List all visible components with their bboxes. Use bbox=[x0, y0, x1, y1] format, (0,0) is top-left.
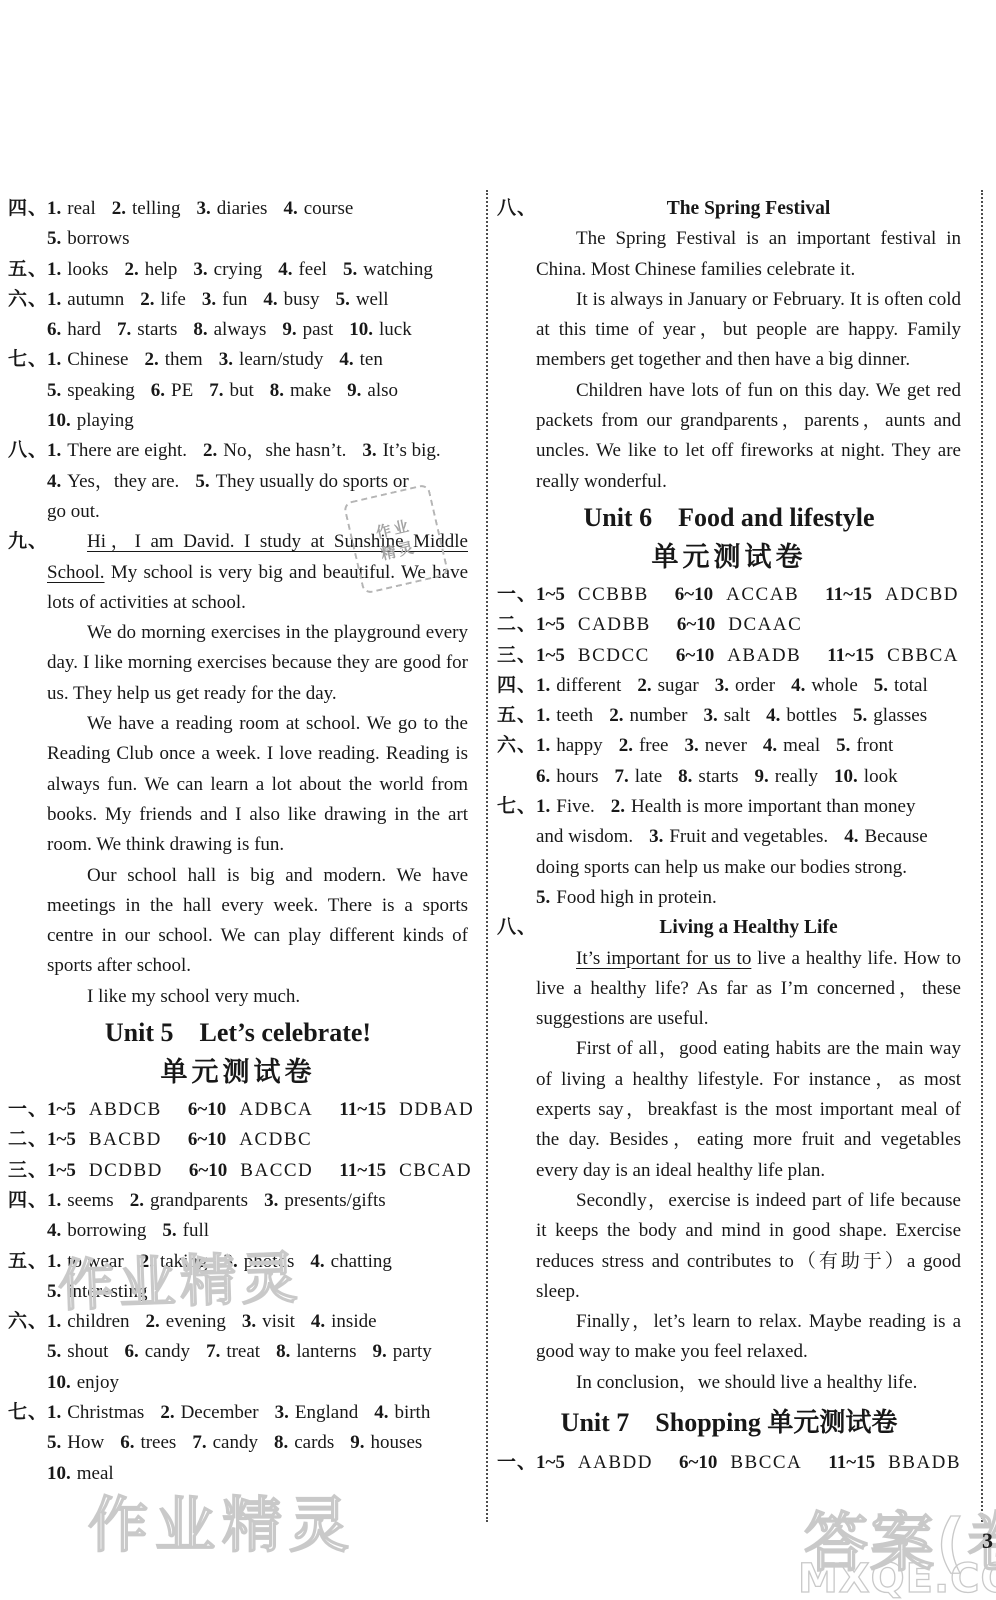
answer-line: 1.happy2.free3.never4.meal5.front bbox=[536, 731, 961, 761]
answer-item: 8.cards bbox=[274, 1432, 334, 1453]
answer-number: 10. bbox=[47, 410, 71, 431]
answer-number: 3. bbox=[193, 259, 207, 280]
essay-text-run: We do morning exercises in the playgroun… bbox=[47, 622, 468, 704]
answer-item: 4.busy bbox=[263, 289, 319, 310]
answer-item: 5.borrows bbox=[47, 228, 130, 249]
answer-item: 7.late bbox=[614, 766, 662, 787]
mc-group: 6~10ACCAB bbox=[675, 584, 799, 605]
answer-number: 4. bbox=[263, 289, 277, 310]
answer-item: 5.well bbox=[336, 289, 389, 310]
answer-item: 9.also bbox=[347, 380, 398, 401]
mc-question-range: 1~5 bbox=[536, 584, 565, 605]
answer-number: 1. bbox=[536, 796, 550, 817]
answer-line: 5.How6.trees7.candy8.cards9.houses bbox=[47, 1428, 468, 1458]
essay-section: 八、The Spring FestivalThe Spring Festival… bbox=[497, 194, 961, 497]
answer-text: crying bbox=[214, 259, 263, 280]
answer-number: 6. bbox=[47, 319, 61, 340]
answer-number: 1. bbox=[47, 289, 61, 310]
answer-item: 10.playing bbox=[47, 410, 134, 431]
answer-number: 4. bbox=[844, 826, 858, 847]
answer-item: 6.trees bbox=[120, 1432, 176, 1453]
answer-number: 6. bbox=[124, 1341, 138, 1362]
answer-number: 3. bbox=[362, 440, 376, 461]
answer-text: candy bbox=[145, 1341, 190, 1362]
answer-text: Because bbox=[864, 826, 927, 847]
mc-answer-letters: ADCBD bbox=[885, 584, 959, 605]
answer-number: 5. bbox=[853, 705, 867, 726]
answer-text: It’s big. bbox=[383, 440, 441, 461]
section-marker: 九、 bbox=[8, 527, 48, 557]
unit-heading-line: 单元测试卷 bbox=[497, 537, 961, 578]
answer-text: feel bbox=[298, 259, 326, 280]
answer-number: 4. bbox=[339, 349, 353, 370]
answer-line: 1.autumn2.life3.fun4.busy5.well bbox=[47, 285, 468, 315]
answer-text: trees bbox=[140, 1432, 176, 1453]
essay-section: 八、Living a Healthy LifeIt’s important fo… bbox=[497, 913, 961, 1398]
answer-item: 4.Because bbox=[844, 826, 928, 847]
answer-line: and wisdom.3.Fruit and vegetables.4.Beca… bbox=[536, 822, 961, 852]
answer-number: 4. bbox=[791, 675, 805, 696]
answer-item: 5.Food high in protein. bbox=[536, 887, 717, 908]
mc-answer-letters: BBADB bbox=[888, 1452, 961, 1473]
mc-answer-letters: ABADB bbox=[727, 645, 801, 666]
answer-item: 5.total bbox=[874, 675, 928, 696]
answer-number: 5. bbox=[836, 735, 850, 756]
answer-line: 10.playing bbox=[47, 406, 468, 436]
answer-text: treat bbox=[226, 1341, 260, 1362]
answer-text: glasses bbox=[873, 705, 927, 726]
answer-item: 4.inside bbox=[311, 1311, 377, 1332]
mc-question-range: 1~5 bbox=[536, 645, 565, 666]
essay-title: Living a Healthy Life bbox=[536, 913, 961, 943]
answer-text: ten bbox=[360, 349, 383, 370]
answer-number: 5. bbox=[874, 675, 888, 696]
answer-item: 2.No，she hasn’t. bbox=[203, 440, 346, 461]
answer-line: 1.Five.2.Health is more important than m… bbox=[536, 792, 961, 822]
unit-heading: Unit 7 Shopping 单元测试卷 bbox=[497, 1400, 961, 1446]
answer-number: 5. bbox=[195, 471, 209, 492]
answer-item: 1.looks bbox=[47, 259, 108, 280]
answer-line: 5.Food high in protein. bbox=[536, 883, 961, 913]
answer-item: 10.look bbox=[834, 766, 898, 787]
mc-question-range: 11~15 bbox=[828, 1452, 875, 1473]
section-marker: 七、 bbox=[8, 345, 48, 375]
answer-text: birth bbox=[394, 1402, 430, 1423]
answer-text: but bbox=[229, 380, 253, 401]
mc-answer-letters: DDBAD bbox=[399, 1099, 474, 1120]
section-marker: 八、 bbox=[8, 436, 48, 466]
answer-number: 3. bbox=[264, 1190, 278, 1211]
answer-text: total bbox=[894, 675, 928, 696]
answer-text: front bbox=[856, 735, 893, 756]
answer-number: 4. bbox=[283, 198, 297, 219]
answer-number: 7. bbox=[117, 319, 131, 340]
section-marker: 二、 bbox=[8, 1125, 48, 1155]
mc-group: 11~15DDBAD bbox=[339, 1099, 474, 1120]
answer-line: doing sports can help us make our bodies… bbox=[536, 853, 961, 883]
answer-item: 1.Five. bbox=[536, 796, 595, 817]
answer-text: never bbox=[705, 735, 747, 756]
answer-number: 8. bbox=[276, 1341, 290, 1362]
mc-question-range: 6~10 bbox=[188, 1099, 226, 1120]
answer-number: 2. bbox=[619, 735, 633, 756]
answer-text: make bbox=[290, 380, 331, 401]
essay-paragraph: Children have lots of fun on this day. W… bbox=[536, 376, 961, 497]
answer-text: luck bbox=[379, 319, 412, 340]
answer-text: order bbox=[735, 675, 775, 696]
answer-text: presents/gifts bbox=[284, 1190, 385, 1211]
unit-heading: Unit 5 Let’s celebrate!单元测试卷 bbox=[8, 1014, 468, 1093]
mc-group: 1~5CADBB bbox=[536, 614, 651, 635]
mc-group: 1~5BCDCC bbox=[536, 645, 650, 666]
answer-number: 4. bbox=[47, 471, 61, 492]
essay-section: 九、Hi，I am David. I study at Sunshine Mid… bbox=[8, 527, 468, 1012]
essay-paragraph: First of all，good eating habits are the … bbox=[536, 1034, 961, 1185]
answer-item: 10.enjoy bbox=[47, 1372, 119, 1393]
answer-text: teeth bbox=[556, 705, 593, 726]
answer-number: 2. bbox=[637, 675, 651, 696]
answer-item: and wisdom. bbox=[536, 826, 633, 847]
mc-answer-letters: CADBB bbox=[578, 614, 651, 635]
answer-section: 四、1.real2.telling3.diaries4.course5.borr… bbox=[8, 194, 468, 255]
answer-line: 1.Chinese2.them3.learn/study4.ten bbox=[47, 345, 468, 375]
answer-item: 3.never bbox=[684, 735, 746, 756]
answer-number: 6. bbox=[536, 766, 550, 787]
answer-text: Chinese bbox=[67, 349, 128, 370]
essay-text-run: It is always in January or February. It … bbox=[536, 289, 961, 371]
answer-text: well bbox=[356, 289, 389, 310]
mc-answer-letters: BCDCC bbox=[578, 645, 650, 666]
mc-question-range: 11~15 bbox=[825, 584, 872, 605]
answer-number: 4. bbox=[47, 1220, 61, 1241]
answer-text: look bbox=[864, 766, 898, 787]
section-marker: 八、 bbox=[497, 194, 537, 224]
answer-item: 1.Chinese bbox=[47, 349, 128, 370]
answer-item: 5.speaking bbox=[47, 380, 135, 401]
answer-text: speaking bbox=[67, 380, 135, 401]
mc-answer-line: 二、1~5BACBD6~10ACDBC bbox=[8, 1125, 468, 1155]
answer-item: 7.starts bbox=[117, 319, 177, 340]
mc-group: 6~10ABADB bbox=[676, 645, 801, 666]
answer-item: 4.whole bbox=[791, 675, 858, 696]
essay-paragraph: I like my school very much. bbox=[47, 982, 468, 1012]
answer-number: 3. bbox=[197, 198, 211, 219]
answer-number: 9. bbox=[282, 319, 296, 340]
answer-number: 7. bbox=[209, 380, 223, 401]
answer-text: How bbox=[67, 1432, 104, 1453]
mc-group: 11~15BBADB bbox=[828, 1452, 961, 1473]
answer-text: shout bbox=[67, 1341, 108, 1362]
answer-text: candy bbox=[213, 1432, 258, 1453]
answer-text: No，she hasn’t. bbox=[223, 440, 346, 461]
answer-line: 1.There are eight.2.No，she hasn’t.3.It’s… bbox=[47, 436, 468, 466]
answer-number: 2. bbox=[203, 440, 217, 461]
answer-number: 3. bbox=[275, 1402, 289, 1423]
answer-number: 8. bbox=[274, 1432, 288, 1453]
essay-paragraph: It’s important for us to live a healthy … bbox=[536, 944, 961, 1035]
mc-group: 1~5BACBD bbox=[47, 1129, 162, 1150]
answer-text: Yes，they are. bbox=[67, 471, 179, 492]
answer-item: 3.salt bbox=[703, 705, 750, 726]
essay-paragraph: We have a reading room at school. We go … bbox=[47, 709, 468, 860]
mc-group: 11~15ADCBD bbox=[825, 584, 959, 605]
underlined-essay-text: It’s important for us to bbox=[576, 948, 751, 969]
answer-text: Food high in protein. bbox=[556, 887, 716, 908]
answer-text: PE bbox=[171, 380, 193, 401]
answer-number: 1. bbox=[536, 675, 550, 696]
answer-number: 7. bbox=[206, 1341, 220, 1362]
answer-text: playing bbox=[77, 410, 134, 431]
essay-text-run: First of all，good eating habits are the … bbox=[536, 1038, 961, 1180]
mc-question-range: 1~5 bbox=[47, 1129, 76, 1150]
answer-number: 5. bbox=[536, 887, 550, 908]
answer-item: 5.How bbox=[47, 1432, 104, 1453]
answer-text: late bbox=[635, 766, 662, 787]
answer-text: learn/study bbox=[239, 349, 323, 370]
answer-line: 1.real2.telling3.diaries4.course bbox=[47, 194, 468, 224]
answer-item: 10.luck bbox=[349, 319, 411, 340]
answer-line: 5.speaking6.PE7.but8.make9.also bbox=[47, 376, 468, 406]
mc-group: 6~10BBCCA bbox=[679, 1452, 802, 1473]
answer-section: 七、1.Five.2.Health is more important than… bbox=[497, 792, 961, 913]
answer-item: 2.grandparents bbox=[130, 1190, 248, 1211]
answer-text: telling bbox=[132, 198, 181, 219]
mc-question-range: 1~5 bbox=[47, 1099, 76, 1120]
answer-item: 7.treat bbox=[206, 1341, 260, 1362]
answer-line: 1.Christmas2.December3.England4.birth bbox=[47, 1398, 468, 1428]
mc-answer-line: 一、1~5AABDD6~10BBCCA11~15BBADB bbox=[497, 1448, 961, 1478]
answer-number: 1. bbox=[536, 735, 550, 756]
answer-text: Health is more important than money bbox=[631, 796, 915, 817]
answer-text: diaries bbox=[217, 198, 268, 219]
mc-question-range: 11~15 bbox=[827, 645, 874, 666]
answer-text: busy bbox=[284, 289, 320, 310]
answer-number: 9. bbox=[350, 1432, 364, 1453]
answer-text: England bbox=[295, 1402, 358, 1423]
answer-item: doing sports can help us make our bodies… bbox=[536, 857, 907, 878]
answer-number: 2. bbox=[112, 198, 126, 219]
answer-number: 1. bbox=[47, 440, 61, 461]
answer-text: December bbox=[181, 1402, 259, 1423]
answer-item: 8.always bbox=[193, 319, 266, 340]
answer-item: 4.birth bbox=[374, 1402, 430, 1423]
mc-question-range: 6~10 bbox=[676, 645, 714, 666]
answer-item: 9.really bbox=[755, 766, 819, 787]
section-marker: 五、 bbox=[8, 255, 48, 285]
answer-item: 7.but bbox=[209, 380, 254, 401]
answer-text: really bbox=[775, 766, 818, 787]
answer-item: 1.autumn bbox=[47, 289, 124, 310]
answer-line: 1.different2.sugar3.order4.whole5.total bbox=[536, 671, 961, 701]
essay-text-run: Secondly，exercise is indeed part of life… bbox=[536, 1190, 961, 1302]
answer-number: 1. bbox=[536, 705, 550, 726]
mc-answer-line: 一、1~5CCBBB6~10ACCAB11~15ADCBD bbox=[497, 580, 961, 610]
answer-item: 4.feel bbox=[278, 259, 327, 280]
answer-number: 9. bbox=[347, 380, 361, 401]
answer-text: borrows bbox=[67, 228, 129, 249]
answer-number: 8. bbox=[270, 380, 284, 401]
answer-number: 2. bbox=[144, 349, 158, 370]
mc-answer-letters: ADBCA bbox=[239, 1099, 313, 1120]
answer-number: 1. bbox=[47, 1402, 61, 1423]
mc-answer-letters: BACBD bbox=[89, 1129, 162, 1150]
answer-item: 6.hard bbox=[47, 319, 101, 340]
essay-paragraph: Finally，let’s learn to relax. Maybe read… bbox=[536, 1307, 961, 1368]
answer-text: Christmas bbox=[67, 1402, 144, 1423]
answer-line: 1.teeth2.number3.salt4.bottles5.glasses bbox=[536, 701, 961, 731]
mc-answer-letters: DCAAC bbox=[728, 614, 802, 635]
right-column: 八、The Spring FestivalThe Spring Festival… bbox=[497, 194, 961, 1478]
answer-item: 3.presents/gifts bbox=[264, 1190, 386, 1211]
answer-line: 1.looks2.help3.crying4.feel5.watching bbox=[47, 255, 468, 285]
mc-question-range: 1~5 bbox=[536, 1452, 565, 1473]
mc-answer-letters: ACCAB bbox=[726, 584, 799, 605]
essay-text-run: Finally，let’s learn to relax. Maybe read… bbox=[536, 1311, 961, 1362]
answer-item: go out. bbox=[47, 501, 100, 522]
answer-line: 6.hard7.starts8.always9.past10.luck bbox=[47, 315, 468, 345]
essay-paragraph: In conclusion，we should live a healthy l… bbox=[536, 1368, 961, 1398]
answer-section: 四、1.different2.sugar3.order4.whole5.tota… bbox=[497, 671, 961, 701]
answer-number: 4. bbox=[311, 1311, 325, 1332]
answer-number: 1. bbox=[47, 1190, 61, 1211]
answer-number: 4. bbox=[310, 1251, 324, 1272]
answer-item: 4.meal bbox=[763, 735, 820, 756]
answer-item: 2.December bbox=[160, 1402, 258, 1423]
answer-text: course bbox=[304, 198, 354, 219]
unit-heading-line: Unit 7 Shopping 单元测试卷 bbox=[497, 1400, 961, 1446]
answer-item: 7.candy bbox=[192, 1432, 258, 1453]
mc-answer-letters: ABDCB bbox=[89, 1099, 162, 1120]
mc-answer-letters: CBBCA bbox=[887, 645, 959, 666]
answer-number: 2. bbox=[611, 796, 625, 817]
answer-number: 7. bbox=[614, 766, 628, 787]
mc-answer-letters: BACCD bbox=[240, 1160, 313, 1181]
answer-item: 1.happy bbox=[536, 735, 603, 756]
answer-item: 5.shout bbox=[47, 1341, 108, 1362]
unit-heading: Unit 6 Food and lifestyle单元测试卷 bbox=[497, 499, 961, 578]
mc-group: 6~10ADBCA bbox=[188, 1099, 313, 1120]
answer-number: 3. bbox=[219, 349, 233, 370]
answer-item: 3.crying bbox=[193, 259, 262, 280]
mc-question-range: 6~10 bbox=[675, 584, 713, 605]
answer-text: bottles bbox=[786, 705, 837, 726]
essay-paragraph: It is always in January or February. It … bbox=[536, 285, 961, 376]
section-marker: 三、 bbox=[8, 1156, 48, 1186]
mc-group: 11~15CBCAD bbox=[339, 1160, 472, 1181]
mc-question-range: 6~10 bbox=[677, 614, 715, 635]
unit-heading-line: Unit 6 Food and lifestyle bbox=[497, 499, 961, 537]
mc-group: 1~5AABDD bbox=[536, 1452, 653, 1473]
answer-text: party bbox=[393, 1341, 432, 1362]
essay-paragraph: The Spring Festival is an important fest… bbox=[536, 224, 961, 285]
answer-number: 5. bbox=[47, 380, 61, 401]
answer-item: 2.telling bbox=[112, 198, 181, 219]
answer-number: 8. bbox=[193, 319, 207, 340]
mc-answer-letters: DCDBD bbox=[89, 1160, 163, 1181]
answer-item: 4.course bbox=[283, 198, 353, 219]
answer-number: 3. bbox=[684, 735, 698, 756]
column-divider-dotted-line bbox=[486, 190, 488, 1522]
mc-group: 1~5DCDBD bbox=[47, 1160, 163, 1181]
answer-section: 六、1.autumn2.life3.fun4.busy5.well6.hard7… bbox=[8, 285, 468, 346]
mc-answer-letters: CCBBB bbox=[578, 584, 649, 605]
unit-heading-line: Unit 5 Let’s celebrate! bbox=[8, 1014, 468, 1052]
answer-number: 9. bbox=[372, 1341, 386, 1362]
answer-text: starts bbox=[137, 319, 177, 340]
essay-text-run: Our school hall is big and modern. We ha… bbox=[47, 865, 468, 977]
section-marker: 四、 bbox=[8, 1186, 48, 1216]
answer-item: 3.order bbox=[715, 675, 775, 696]
answer-item: 2.number bbox=[609, 705, 687, 726]
answer-item: 6.candy bbox=[124, 1341, 190, 1362]
answer-number: 8. bbox=[678, 766, 692, 787]
answer-item: 3.Fruit and vegetables. bbox=[649, 826, 828, 847]
answer-item: 4.chatting bbox=[310, 1251, 391, 1272]
answer-item: 4.bottles bbox=[766, 705, 837, 726]
answer-item: 1.There are eight. bbox=[47, 440, 187, 461]
answer-number: 5. bbox=[47, 1341, 61, 1362]
answer-text: There are eight. bbox=[67, 440, 187, 461]
answer-number: 5. bbox=[343, 259, 357, 280]
answer-number: 4. bbox=[766, 705, 780, 726]
answer-line: 6.hours7.late8.starts9.really10.look bbox=[536, 762, 961, 792]
answer-text: and wisdom. bbox=[536, 826, 633, 847]
answer-text: also bbox=[367, 380, 398, 401]
mc-group: 1~5ABDCB bbox=[47, 1099, 162, 1120]
answer-text: salt bbox=[724, 705, 750, 726]
answer-text: meal bbox=[783, 735, 820, 756]
answer-text: happy bbox=[556, 735, 602, 756]
answer-item: 6.PE bbox=[151, 380, 193, 401]
answer-item: 8.starts bbox=[678, 766, 738, 787]
answer-item: 3.fun bbox=[202, 289, 248, 310]
answer-item: 1.Christmas bbox=[47, 1402, 144, 1423]
answer-text: enjoy bbox=[77, 1372, 119, 1393]
answer-text: hours bbox=[556, 766, 598, 787]
mc-group: 6~10DCAAC bbox=[677, 614, 802, 635]
mc-answer-letters: BBCCA bbox=[730, 1452, 802, 1473]
answer-item: 1.different bbox=[536, 675, 621, 696]
answer-line: 5.shout6.candy7.treat8.lanterns9.party bbox=[47, 1337, 468, 1367]
section-marker: 一、 bbox=[8, 1095, 48, 1125]
answer-number: 5. bbox=[47, 228, 61, 249]
section-marker: 一、 bbox=[497, 1448, 537, 1478]
answer-text: houses bbox=[371, 1432, 423, 1453]
answer-text: sugar bbox=[658, 675, 699, 696]
essay-text-run: I like my school very much. bbox=[87, 986, 300, 1007]
answer-text: grandparents bbox=[150, 1190, 248, 1211]
mc-group: 11~15CBBCA bbox=[827, 645, 959, 666]
answer-text: them bbox=[165, 349, 203, 370]
answer-number: 10. bbox=[349, 319, 373, 340]
answer-number: 2. bbox=[160, 1402, 174, 1423]
answer-item: 6.hours bbox=[536, 766, 598, 787]
answer-item: 5.They usually do sports or bbox=[195, 471, 408, 492]
watermark-zuoye-jingling-top: 作业精灵 bbox=[57, 1234, 304, 1322]
watermark-mxqe-site: MXQE.COM bbox=[798, 1556, 996, 1600]
answer-number: 4. bbox=[763, 735, 777, 756]
answer-text: free bbox=[639, 735, 669, 756]
section-marker: 七、 bbox=[8, 1398, 48, 1428]
answer-number: 3. bbox=[649, 826, 663, 847]
section-marker: 六、 bbox=[8, 285, 48, 315]
answer-number: 3. bbox=[202, 289, 216, 310]
answer-text: real bbox=[67, 198, 95, 219]
answer-item: 1.seems bbox=[47, 1190, 114, 1211]
answer-text: starts bbox=[698, 766, 738, 787]
answer-item: 9.houses bbox=[350, 1432, 422, 1453]
answer-text: doing sports can help us make our bodies… bbox=[536, 857, 907, 878]
